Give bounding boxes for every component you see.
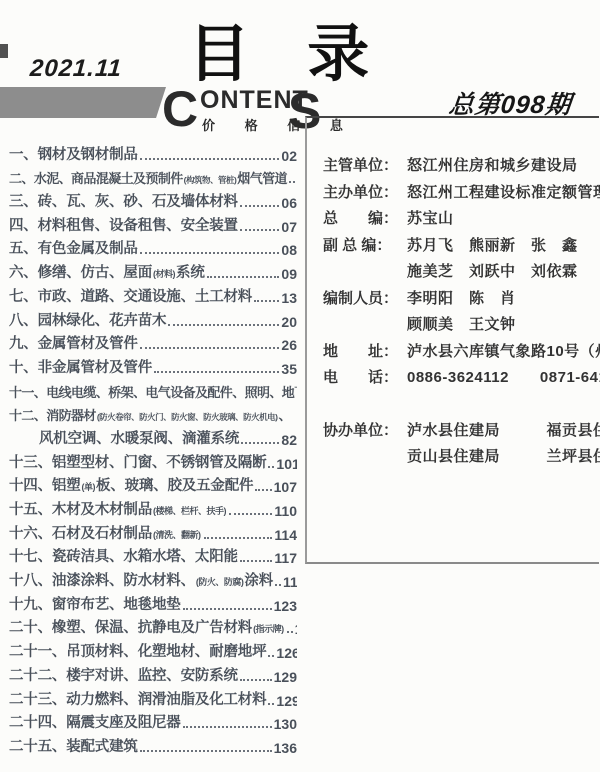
toc-item-title: 市政、道路、交通设施、土工材料 — [38, 285, 253, 306]
info-label: 副 总 编： — [323, 234, 407, 255]
toc-item-page: 82 — [281, 432, 297, 448]
dot-leader — [140, 252, 280, 254]
dot-leader — [207, 276, 280, 278]
dot-leader — [154, 371, 279, 373]
toc-item: 十七、瓷砖洁具、水箱水塔、太阳能117 — [9, 545, 297, 569]
toc-item: 二十一、吊顶材料、化塑地材、耐磨地坪126 — [9, 639, 297, 663]
toc-item: 一、钢材及钢材制品02 — [9, 142, 297, 166]
info-row: 贡山县住建局 兰坪县住建局 — [323, 445, 599, 472]
toc-item: 七、市政、道路、交通设施、土工材料13 — [9, 284, 297, 308]
toc-item-title: 金属管材及管件 — [38, 332, 138, 353]
toc-item-title: 木材及木材制品 (楼梯、栏杆、扶手) — [52, 498, 227, 519]
info-row: 副 总 编：苏月飞 熊丽新 张 鑫 — [323, 234, 599, 261]
toc-item-title: 楼宇对讲、监控、安防系统 — [66, 664, 238, 685]
info-label: 编制人员： — [323, 287, 407, 308]
dot-leader — [183, 726, 272, 728]
toc-item-title: 铝塑(单)板、玻璃、胶及五金配件 — [52, 474, 253, 495]
toc-item-number: 二十一、 — [9, 640, 66, 661]
info-label: 主办单位： — [323, 181, 407, 202]
toc-item-title: 有色金属及制品 — [38, 237, 138, 258]
toc-item: 九、金属管材及管件26 — [9, 332, 297, 356]
info-value: 怒江州工程建设标准定额管理站 — [407, 184, 600, 201]
toc-item-number: 十一、 — [9, 382, 46, 401]
toc-item-title: 水泥、商品混凝土及预制件(构筑物、管桩)烟气管道 — [34, 168, 287, 187]
toc-item: 十二、消防器材(防火卷帘、防火门、防火窗、防火玻璃、防火机电)、 — [9, 403, 297, 427]
info-row: 电 话：0886-3624112 0871-64144627 — [323, 366, 599, 393]
toc-item-title: 瓷砖洁具、水箱水塔、太阳能 — [52, 545, 238, 566]
toc-item-number: 二十、 — [9, 616, 52, 637]
toc-item: 四、材料租售、设备租售、安全装置07 — [9, 213, 297, 237]
toc-item: 二十、橡塑、保温、抗静电及广告材料(指示牌)124 — [9, 616, 297, 640]
info-value: 李明阳 陈 肖 — [407, 290, 516, 307]
info-value: 苏月飞 熊丽新 张 鑫 — [407, 237, 578, 254]
info-value: 0886-3624112 0871-64144627 — [407, 369, 600, 386]
dot-leader — [268, 703, 274, 705]
toc-item-number: 十五、 — [9, 498, 52, 519]
toc-list: 一、钢材及钢材制品02二、水泥、商品混凝土及预制件(构筑物、管桩)烟气管道04三… — [9, 142, 297, 758]
info-row: 顾顺美 王文钟 — [323, 313, 599, 340]
toc-item: 二十三、动力燃料、润滑油脂及化工材料129 — [9, 687, 297, 711]
dot-leader — [240, 560, 273, 562]
info-label: 总 编： — [323, 207, 407, 228]
dot-leader — [241, 442, 279, 444]
info-value: 施美芝 刘跃中 刘依霖 — [407, 263, 578, 280]
toc-item-title: 材料租售、设备租售、安全装置 — [38, 214, 238, 235]
info-row: 协办单位：泸水县住建局 福贡县住建局 — [323, 419, 599, 446]
toc-item-page: 114 — [274, 527, 297, 543]
toc-item-page: 107 — [274, 479, 297, 495]
toc-item: 二十五、装配式建筑136 — [9, 734, 297, 758]
toc-item: 十四、铝塑(单)板、玻璃、胶及五金配件107 — [9, 474, 297, 498]
toc-item: 三、砖、瓦、灰、砂、石及墙体材料06 — [9, 189, 297, 213]
toc-item-number: 二、 — [9, 168, 34, 187]
toc-item-number: 四、 — [9, 214, 38, 235]
info-value: 泸水县住建局 福贡县住建局 — [407, 422, 600, 439]
dot-leader — [268, 655, 274, 657]
info-row: 编制人员：李明阳 陈 肖 — [323, 287, 599, 314]
toc-item-page: 101 — [276, 456, 297, 472]
toc-item-number: 十四、 — [9, 474, 52, 495]
page-title: 目 录 — [188, 4, 389, 93]
toc-item-number: 十六、 — [9, 522, 52, 543]
toc-item: 十六、石材及石材制品 (清洗、翻新)114 — [9, 521, 297, 545]
dot-leader — [140, 158, 280, 160]
dot-leader — [240, 679, 272, 681]
dot-leader — [255, 489, 271, 491]
info-label: 电 话： — [323, 366, 407, 387]
toc-item-number: 八、 — [9, 309, 38, 330]
toc-item-title: 钢材及钢材制品 — [38, 143, 138, 164]
dot-leader — [168, 324, 279, 326]
info-row: 主办单位：怒江州工程建设标准定额管理站 — [323, 181, 599, 208]
toc-item-number: 二十三、 — [9, 688, 66, 709]
toc-item-number: 一、 — [9, 143, 38, 164]
toc-item-title: 铝塑型材、门窗、不锈钢管及隔断 — [52, 451, 267, 472]
info-row: 主管单位：怒江州住房和城乡建设局 — [323, 154, 599, 181]
toc-item-page: 117 — [274, 550, 297, 566]
toc-item: 五、有色金属及制品08 — [9, 237, 297, 261]
toc-item-title: 消防器材(防火卷帘、防火门、防火窗、防火玻璃、防火机电)、 — [46, 405, 291, 424]
toc-item-page: 20 — [281, 314, 297, 330]
toc-item-number: 三、 — [9, 190, 38, 211]
toc-item-number: 十二、 — [9, 405, 46, 424]
toc-item-page: 129 — [276, 693, 297, 709]
toc-item-page: 08 — [281, 242, 297, 258]
toc-item: 二、水泥、商品混凝土及预制件(构筑物、管桩)烟气管道04 — [9, 166, 297, 190]
toc-item-title: 窗帘布艺、地毯地垫 — [52, 593, 181, 614]
toc-item-page: 126 — [276, 645, 297, 661]
toc-item-title: 石材及石材制品 (清洗、翻新) — [52, 522, 202, 543]
toc-item-title: 吊顶材料、化塑地材、耐磨地坪 — [66, 640, 266, 661]
toc-item-page: 118 — [283, 574, 297, 590]
toc-item-page: 13 — [281, 290, 297, 306]
toc-item-number: 十七、 — [9, 545, 52, 566]
toc-item-page: 129 — [274, 669, 297, 685]
toc-item-number: 九、 — [9, 332, 38, 353]
dot-leader — [240, 205, 280, 207]
toc-item-title: 装配式建筑 — [66, 735, 138, 756]
info-value: 贡山县住建局 兰坪县住建局 — [407, 448, 600, 465]
toc-page: 2021.11 目 录 C ONTENT 价 格 信 息 S 总第098期 一、… — [0, 0, 600, 772]
toc-item-page: 136 — [274, 740, 297, 756]
toc-item: 八、园林绿化、花卉苗木20 — [9, 308, 297, 332]
toc-item-page: 07 — [281, 219, 297, 235]
issue-date: 2021.11 — [29, 55, 123, 83]
toc-item-title: 隔震支座及阻尼器 — [66, 711, 180, 732]
toc-item-number: 六、 — [9, 261, 38, 282]
dot-leader — [140, 347, 280, 349]
info-row: 总 编：苏宝山 — [323, 207, 599, 234]
dot-leader — [140, 750, 272, 752]
toc-item-title: 电线电缆、桥架、电气设备及配件、照明、地下管廊配件 — [46, 382, 297, 401]
dot-leader — [229, 513, 272, 515]
dot-leader — [268, 466, 274, 468]
toc-item: 六、修缮、仿古、屋面(材料)系统09 — [9, 260, 297, 284]
toc-item: 十、非金属管材及管件35 — [9, 355, 297, 379]
toc-item-page: 09 — [281, 266, 297, 282]
toc-item-number: 十、 — [9, 356, 38, 377]
info-label: 协办单位： — [323, 419, 407, 440]
toc-item-number: 五、 — [9, 237, 38, 258]
toc-item-title: 非金属管材及管件 — [38, 356, 152, 377]
toc-item: 十五、木材及木材制品 (楼梯、栏杆、扶手)110 — [9, 497, 297, 521]
contents-logo-c: C — [162, 84, 198, 134]
toc-item-page: 06 — [281, 195, 297, 211]
toc-item-number: 十三、 — [9, 451, 52, 472]
dot-leader — [183, 608, 272, 610]
info-label: 地 址： — [323, 340, 407, 361]
toc-item-title: 修缮、仿古、屋面(材料)系统 — [38, 261, 205, 282]
toc-item-title: 园林绿化、花卉苗木 — [38, 309, 167, 330]
toc-item: 十八、油漆涂料、防水材料、(防火、防腐)涂料118 — [9, 568, 297, 592]
toc-item-page: 02 — [281, 148, 297, 164]
toc-item-title: 风机空调、水暖泵阀、滴灌系统 — [39, 427, 239, 448]
info-value: 怒江州住房和城乡建设局 — [407, 157, 578, 174]
toc-item-page: 124 — [295, 621, 297, 637]
toc-item-title: 油漆涂料、防水材料、(防火、防腐)涂料 — [52, 569, 273, 590]
info-value: 泸水县六库镇气象路10号（州定额站） — [407, 343, 600, 360]
toc-item-title: 砖、瓦、灰、砂、石及墙体材料 — [38, 190, 238, 211]
info-value: 顾顺美 王文钟 — [407, 316, 516, 333]
toc-item: 十一、电线电缆、桥架、电气设备及配件、照明、地下管廊配件62 — [9, 379, 297, 403]
header-gray-bar — [0, 87, 166, 118]
info-label: 主管单位： — [323, 154, 407, 175]
info-row: 施美芝 刘跃中 刘依霖 — [323, 260, 599, 287]
toc-item-number: 二十四、 — [9, 711, 66, 732]
toc-item-page: 35 — [281, 361, 297, 377]
dot-leader — [204, 537, 273, 539]
info-row: 地 址：泸水县六库镇气象路10号（州定额站） — [323, 340, 599, 367]
toc-item-number: 二十二、 — [9, 664, 66, 685]
toc-item-number: 十九、 — [9, 593, 52, 614]
dot-leader — [240, 229, 280, 231]
toc-item: 二十二、楼宇对讲、监控、安防系统129 — [9, 663, 297, 687]
toc-item-title: 橡塑、保温、抗静电及广告材料(指示牌) — [52, 616, 285, 637]
dot-leader — [287, 631, 293, 633]
toc-item-number: 七、 — [9, 285, 38, 306]
toc-item-page: 123 — [274, 598, 297, 614]
toc-item-number: 十八、 — [9, 569, 52, 590]
toc-item-page: 130 — [274, 716, 297, 732]
toc-item-page: 26 — [281, 337, 297, 353]
dot-leader — [254, 300, 279, 302]
toc-item-page: 110 — [274, 503, 297, 519]
toc-item: 二十四、隔震支座及阻尼器130 — [9, 711, 297, 735]
publication-info-box: 主管单位：怒江州住房和城乡建设局主办单位：怒江州工程建设标准定额管理站总 编：苏… — [305, 116, 599, 564]
toc-item: 十三、铝塑型材、门窗、不锈钢管及隔断101 — [9, 450, 297, 474]
toc-item: 风机空调、水暖泵阀、滴灌系统82 — [9, 426, 297, 450]
dot-leader — [275, 584, 281, 586]
info-value: 苏宝山 — [407, 210, 454, 227]
toc-item-title: 动力燃料、润滑油脂及化工材料 — [66, 688, 266, 709]
binding-mark — [0, 44, 8, 58]
toc-item-number: 二十五、 — [9, 735, 66, 756]
toc-item: 十九、窗帘布艺、地毯地垫123 — [9, 592, 297, 616]
dot-leader — [289, 181, 295, 183]
